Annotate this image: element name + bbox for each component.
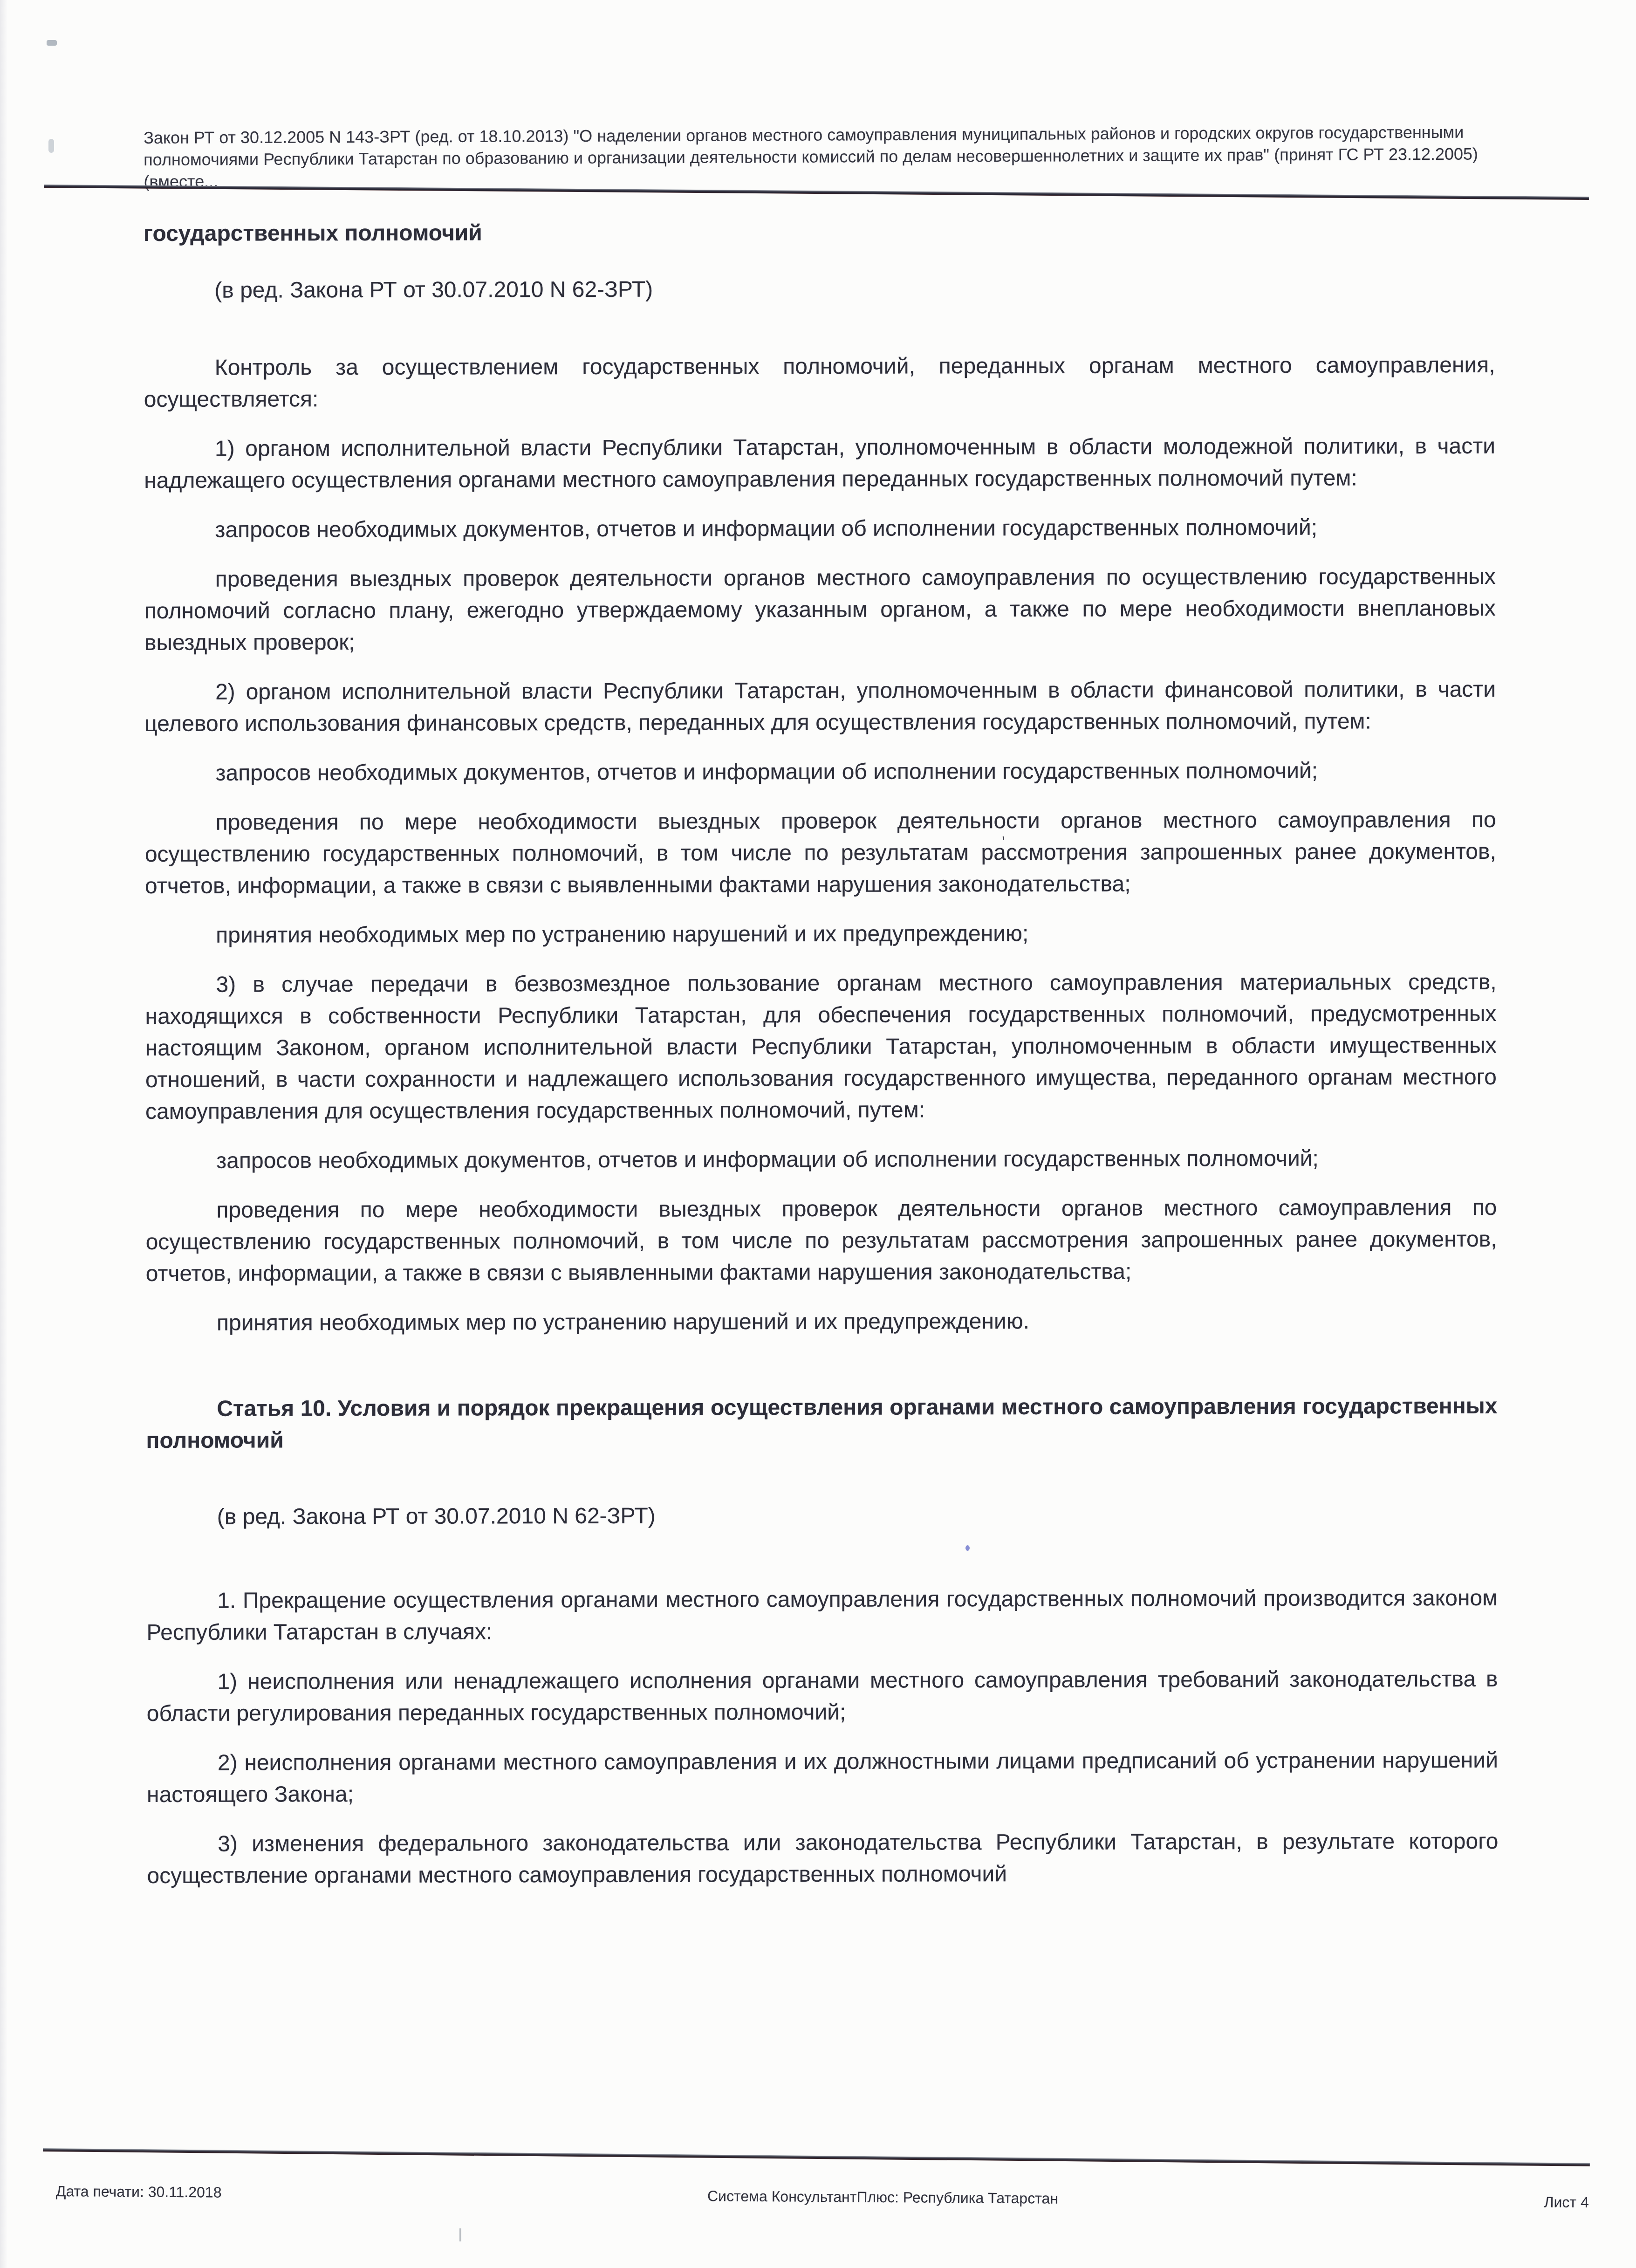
document-paragraph: принятия необходимых мер по устранению н… — [146, 1305, 1497, 1339]
page-footer: Дата печати: 30.11.2018 Система Консульт… — [56, 2182, 1589, 2212]
document-paragraph: (в ред. Закона РТ от 30.07.2010 N 62-ЗРТ… — [146, 1499, 1498, 1533]
sheet-number: Лист 4 — [1544, 2193, 1589, 2212]
document-paragraph: (в ред. Закона РТ от 30.07.2010 N 62-ЗРТ… — [144, 272, 1495, 307]
document-paragraph: Контроль за осуществлением государственн… — [144, 349, 1495, 416]
document-paragraph: 2) органом исполнительной власти Республ… — [144, 674, 1496, 740]
document-paragraph: запросов необходимых документов, отчетов… — [145, 1143, 1497, 1177]
header-line-2: полномочиями Республики Татарстан по обр… — [144, 143, 1546, 192]
document-paragraph: Статья 10. Условия и порядок прекращения… — [146, 1391, 1497, 1457]
document-paragraph: 2) неисполнения органами местного самоуп… — [147, 1745, 1498, 1811]
scan-artifact — [48, 139, 54, 153]
footer-divider-line — [43, 2148, 1590, 2166]
print-date: Дата печати: 30.11.2018 — [56, 2182, 222, 2202]
document-header: Закон РТ от 30.12.2005 N 143-ЗРТ (ред. о… — [144, 121, 1547, 192]
scan-edge-shadow — [0, 0, 7, 2268]
document-body: государственных полномочий(в ред. Закона… — [144, 215, 1499, 1910]
document-paragraph: государственных полномочий — [144, 215, 1495, 250]
document-paragraph: проведения по мере необходимости выездны… — [145, 1192, 1497, 1290]
document-paragraph: 1. Прекращение осуществления органами ме… — [146, 1583, 1498, 1649]
document-paragraph: проведения по мере необходимости выездны… — [145, 804, 1496, 902]
document-paragraph: принятия необходимых мер по устранению н… — [145, 917, 1496, 952]
document-paragraph: 1) органом исполнительной власти Республ… — [144, 431, 1495, 497]
document-paragraph: 1) неисполнения или ненадлежащего исполн… — [147, 1664, 1498, 1730]
scanned-document-page: Закон РТ от 30.12.2005 N 143-ЗРТ (ред. о… — [0, 0, 1636, 2268]
system-name: Система КонсультантПлюс: Республика Тата… — [221, 2183, 1544, 2212]
document-paragraph: 3) изменения федерального законодательст… — [147, 1826, 1498, 1892]
document-paragraph: проведения выездных проверок деятельност… — [144, 561, 1496, 659]
scan-artifact — [47, 40, 57, 46]
document-paragraph: запросов необходимых документов, отчетов… — [144, 512, 1495, 546]
document-paragraph: запросов необходимых документов, отчетов… — [144, 755, 1496, 789]
document-paragraph: 3) в случае передачи в безвозмездное пол… — [145, 966, 1497, 1128]
scan-artifact — [459, 2228, 461, 2241]
